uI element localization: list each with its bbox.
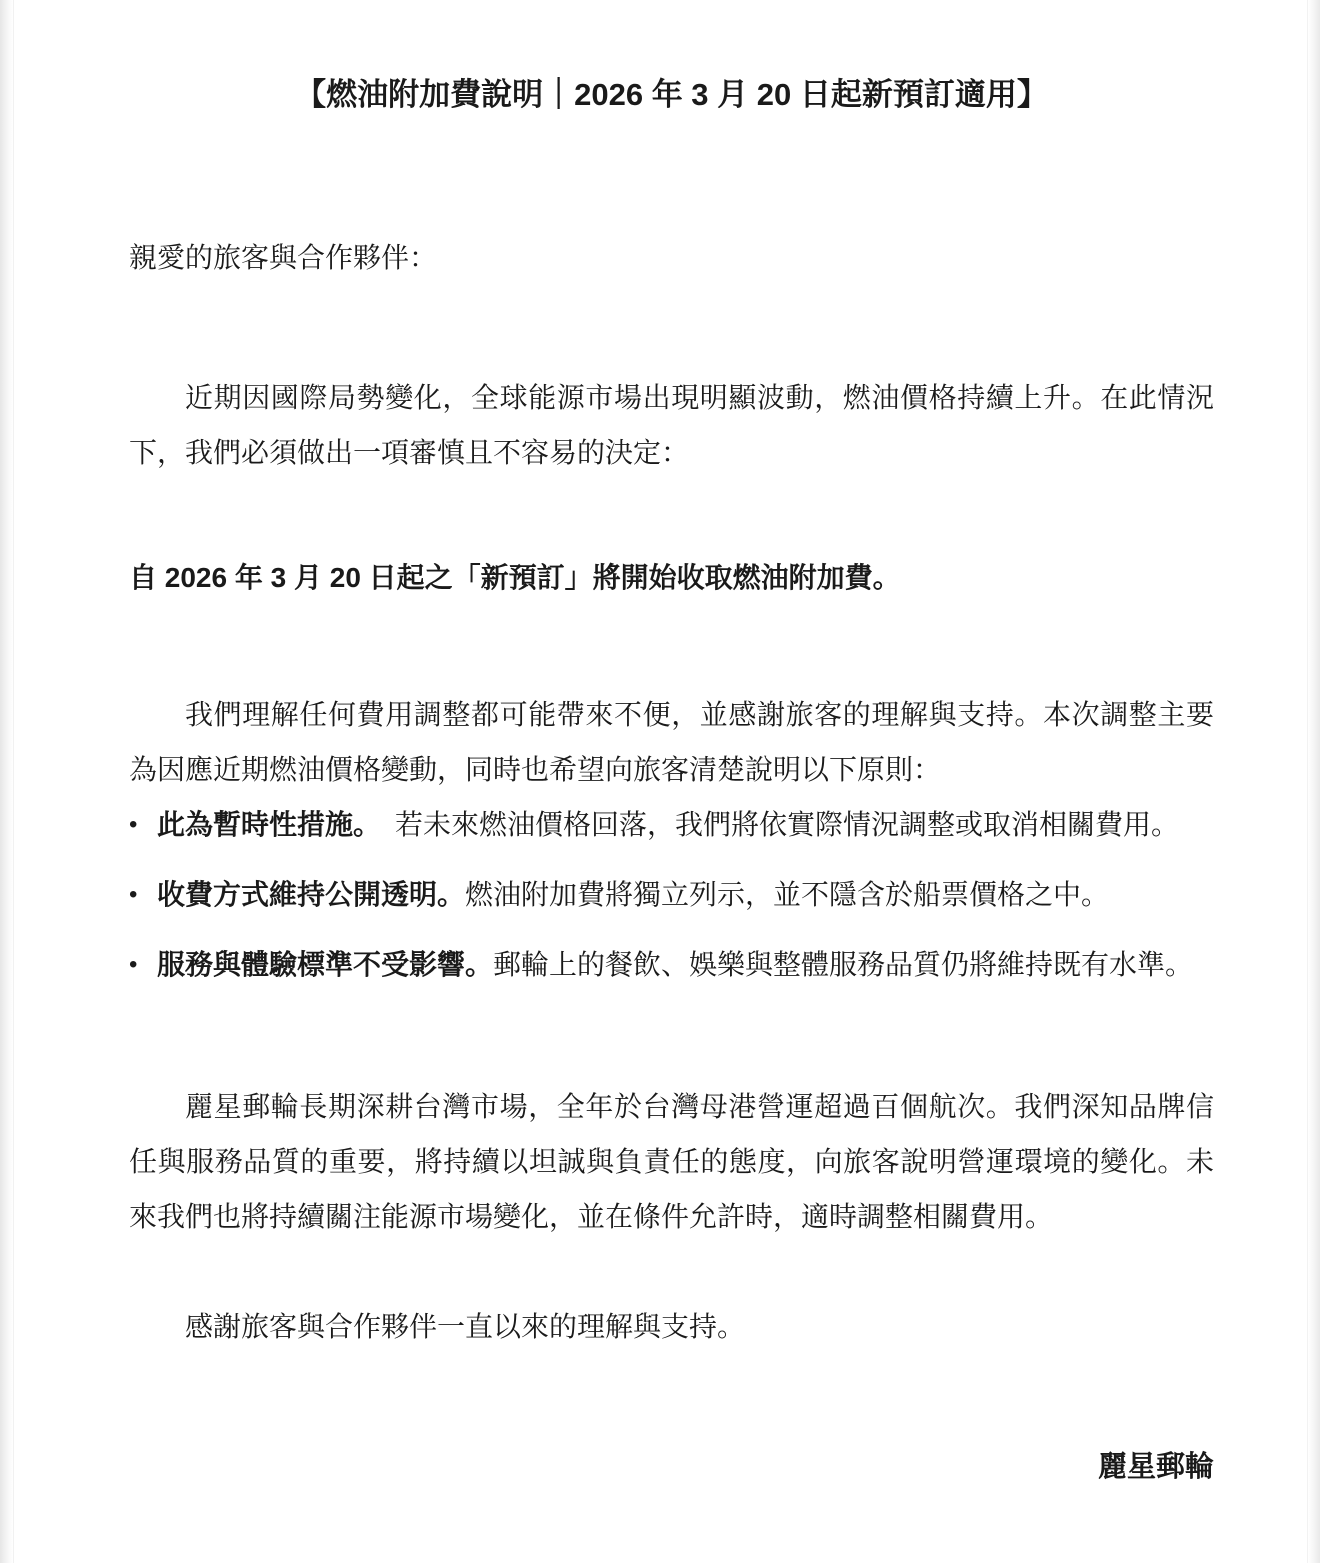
bullet-icon: • <box>129 797 157 852</box>
document-title: 【燃油附加費說明｜2026 年 3 月 20 日起新預訂適用】 <box>129 0 1214 118</box>
list-item: • 收費方式維持公開透明。燃油附加費將獨立列示，並不隱含於船票價格之中。 <box>129 867 1214 922</box>
page-right-edge <box>1307 0 1320 1563</box>
bullet-lead: 此為暫時性措施。 <box>157 809 367 840</box>
signature: 麗星郵輪 <box>129 1447 1214 1487</box>
list-item: • 服務與體驗標準不受影響。郵輪上的餐飲、娛樂與整體服務品質仍將維持既有水準。 <box>129 937 1214 992</box>
bullet-icon: • <box>129 867 157 922</box>
list-item: • 此為暫時性措施。 若未來燃油價格回落，我們將依實際情況調整或取消相關費用。 <box>129 797 1214 852</box>
document-page: 【燃油附加費說明｜2026 年 3 月 20 日起新預訂適用】 親愛的旅客與合作… <box>14 0 1307 1563</box>
bullet-lead: 服務與體驗標準不受影響。 <box>157 949 493 980</box>
bullet-icon: • <box>129 937 157 992</box>
bullet-rest: 郵輪上的餐飲、娛樂與整體服務品質仍將維持既有水準。 <box>493 949 1193 980</box>
bullet-text: 收費方式維持公開透明。燃油附加費將獨立列示，並不隱含於船票價格之中。 <box>157 867 1214 922</box>
principles-list: • 此為暫時性措施。 若未來燃油價格回落，我們將依實際情況調整或取消相關費用。 … <box>129 797 1214 992</box>
key-announcement: 自 2026 年 3 月 20 日起之「新預訂」將開始收取燃油附加費。 <box>129 550 1214 605</box>
paragraph-intro: 近期因國際局勢變化，全球能源市場出現明顯波動，燃油價格持續上升。在此情況下，我們… <box>129 370 1214 480</box>
salutation: 親愛的旅客與合作夥伴： <box>129 238 1214 278</box>
bullet-text: 此為暫時性措施。 若未來燃油價格回落，我們將依實際情況調整或取消相關費用。 <box>157 797 1214 852</box>
closing: 感謝旅客與合作夥伴一直以來的理解與支持。 <box>129 1299 1214 1354</box>
bullet-rest: 燃油附加費將獨立列示，並不隱含於船票價格之中。 <box>465 879 1109 910</box>
bullet-text: 服務與體驗標準不受影響。郵輪上的餐飲、娛樂與整體服務品質仍將維持既有水準。 <box>157 937 1214 992</box>
paragraph-principles: 我們理解任何費用調整都可能帶來不便，並感謝旅客的理解與支持。本次調整主要為因應近… <box>129 687 1214 797</box>
bullet-rest: 若未來燃油價格回落，我們將依實際情況調整或取消相關費用。 <box>367 809 1179 840</box>
paragraph-brand: 麗星郵輪長期深耕台灣市場，全年於台灣母港營運超過百個航次。我們深知品牌信任與服務… <box>129 1079 1214 1244</box>
bullet-lead: 收費方式維持公開透明。 <box>157 879 465 910</box>
page-left-edge <box>0 0 14 1563</box>
